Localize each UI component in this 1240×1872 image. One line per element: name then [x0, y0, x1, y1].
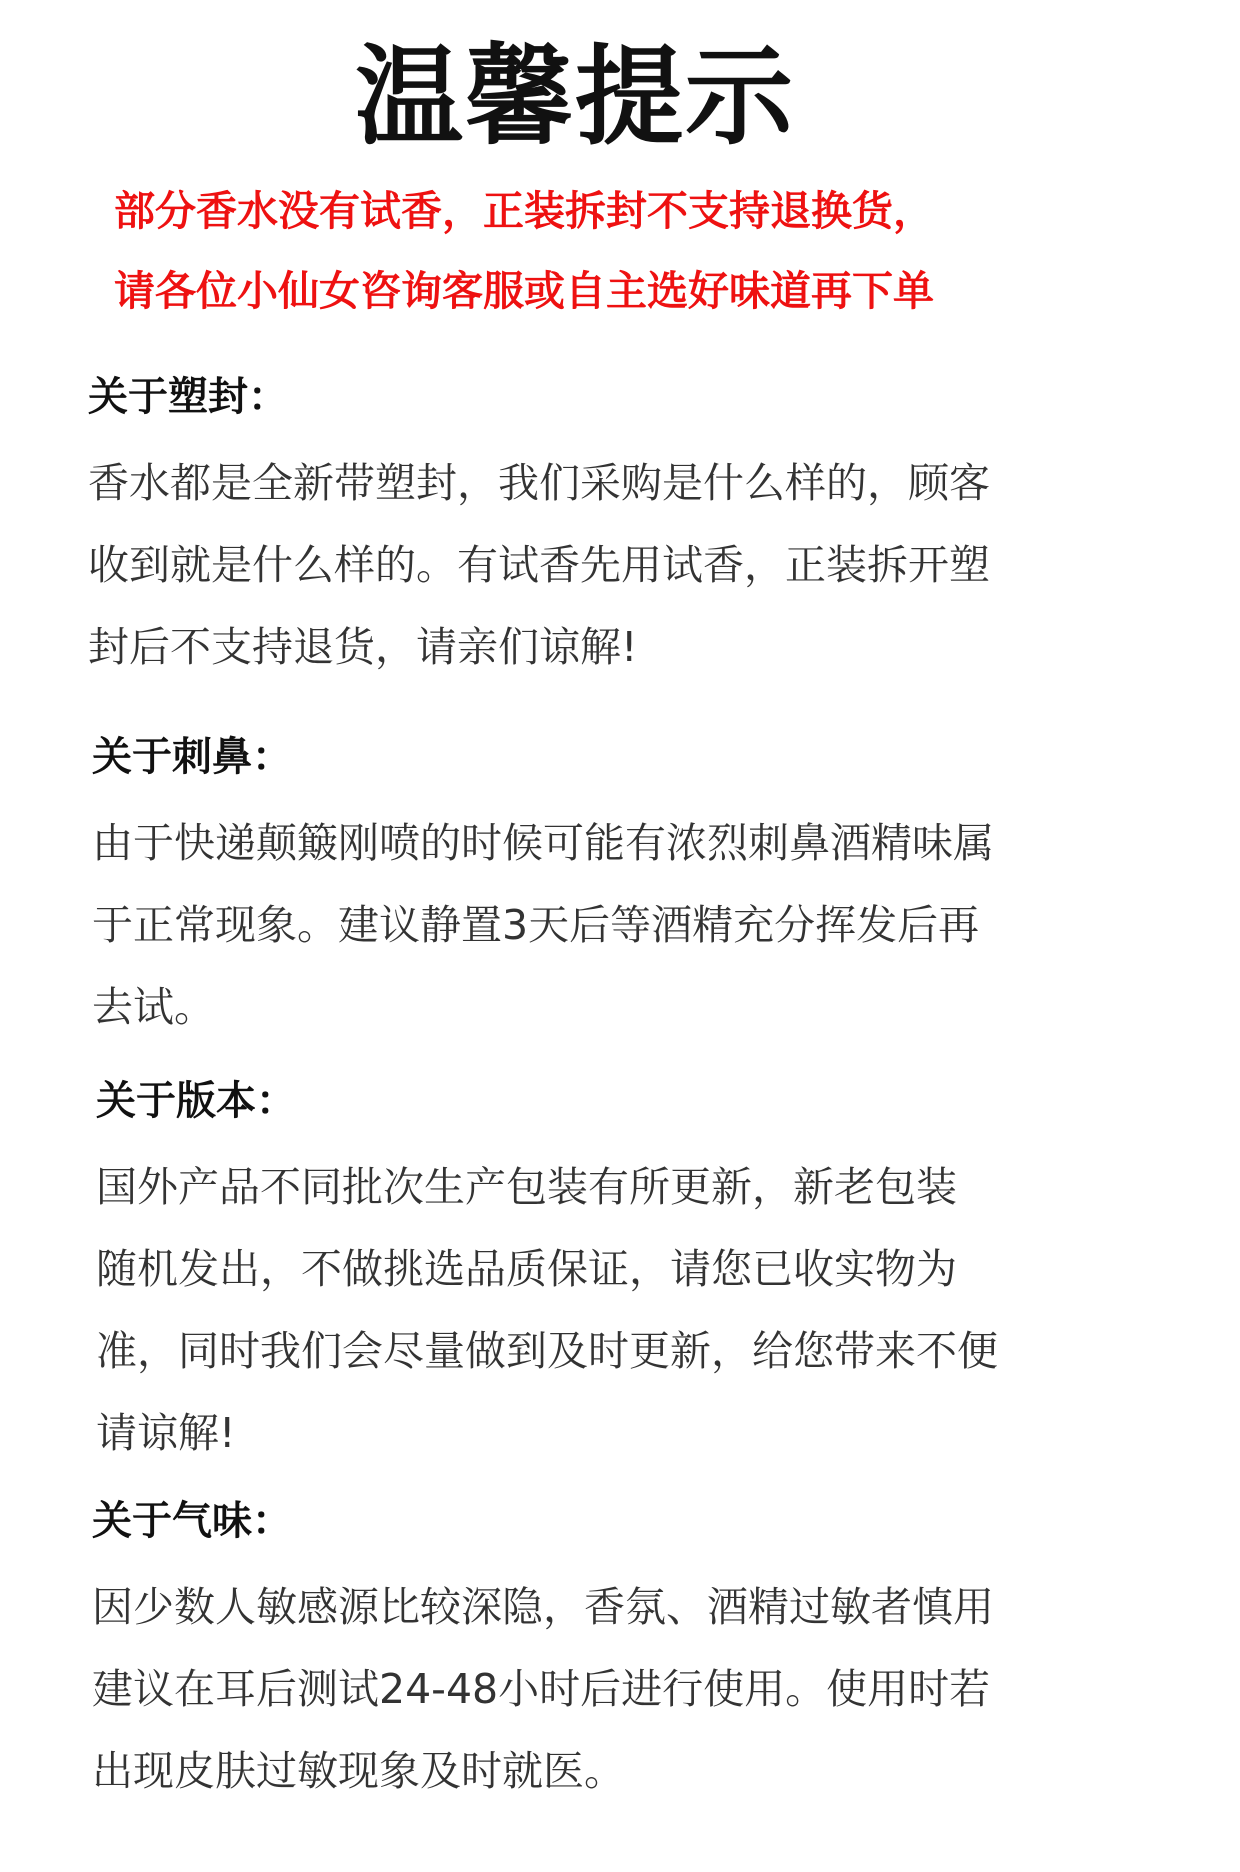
body-line: 香水都是全新带塑封，我们采购是什么样的，顾客 — [88, 442, 1138, 524]
body-line: 建议在耳后测试24-48小时后进行使用。使用时若 — [92, 1648, 1142, 1730]
section-heading: 关于气味： — [92, 1496, 1142, 1546]
section-body: 香水都是全新带塑封，我们采购是什么样的，顾客 收到就是什么样的。有试香先用试香，… — [88, 442, 1138, 688]
body-line: 出现皮肤过敏现象及时就医。 — [92, 1730, 1142, 1812]
body-line: 请谅解! — [96, 1392, 1146, 1474]
section-body: 国外产品不同批次生产包装有所更新，新老包装 随机发出，不做挑选品质保证，请您已收… — [96, 1146, 1146, 1474]
section-scent: 关于气味： 因少数人敏感源比较深隐，香氛、酒精过敏者慎用 建议在耳后测试24-4… — [92, 1496, 1142, 1812]
body-line: 随机发出，不做挑选品质保证，请您已收实物为 — [96, 1228, 1146, 1310]
body-line: 准，同时我们会尽量做到及时更新，给您带来不便 — [96, 1310, 1146, 1392]
section-heading: 关于刺鼻： — [92, 732, 1142, 782]
body-line: 封后不支持退货，请亲们谅解! — [88, 606, 1138, 688]
section-shrink-wrap: 关于塑封： 香水都是全新带塑封，我们采购是什么样的，顾客 收到就是什么样的。有试… — [88, 372, 1138, 688]
section-heading: 关于塑封： — [88, 372, 1138, 422]
section-body: 由于快递颠簸刚喷的时候可能有浓烈刺鼻酒精味属 于正常现象。建议静置3天后等酒精充… — [92, 802, 1142, 1048]
section-heading: 关于版本： — [96, 1076, 1146, 1126]
notice-line-1: 部分香水没有试香，正装拆封不支持退换货， — [114, 186, 934, 236]
section-pungent-smell: 关于刺鼻： 由于快递颠簸刚喷的时候可能有浓烈刺鼻酒精味属 于正常现象。建议静置3… — [92, 732, 1142, 1048]
notice-line-2: 请各位小仙女咨询客服或自主选好味道再下单 — [114, 266, 934, 316]
body-line: 因少数人敏感源比较深隐，香氛、酒精过敏者慎用 — [92, 1566, 1142, 1648]
page-title: 温馨提示 — [0, 38, 1150, 158]
body-line: 去试。 — [92, 966, 1142, 1048]
section-version: 关于版本： 国外产品不同批次生产包装有所更新，新老包装 随机发出，不做挑选品质保… — [96, 1076, 1146, 1474]
body-line: 于正常现象。建议静置3天后等酒精充分挥发后再 — [92, 884, 1142, 966]
section-body: 因少数人敏感源比较深隐，香氛、酒精过敏者慎用 建议在耳后测试24-48小时后进行… — [92, 1566, 1142, 1812]
body-line: 收到就是什么样的。有试香先用试香，正装拆开塑 — [88, 524, 1138, 606]
body-line: 国外产品不同批次生产包装有所更新，新老包装 — [96, 1146, 1146, 1228]
body-line: 由于快递颠簸刚喷的时候可能有浓烈刺鼻酒精味属 — [92, 802, 1142, 884]
